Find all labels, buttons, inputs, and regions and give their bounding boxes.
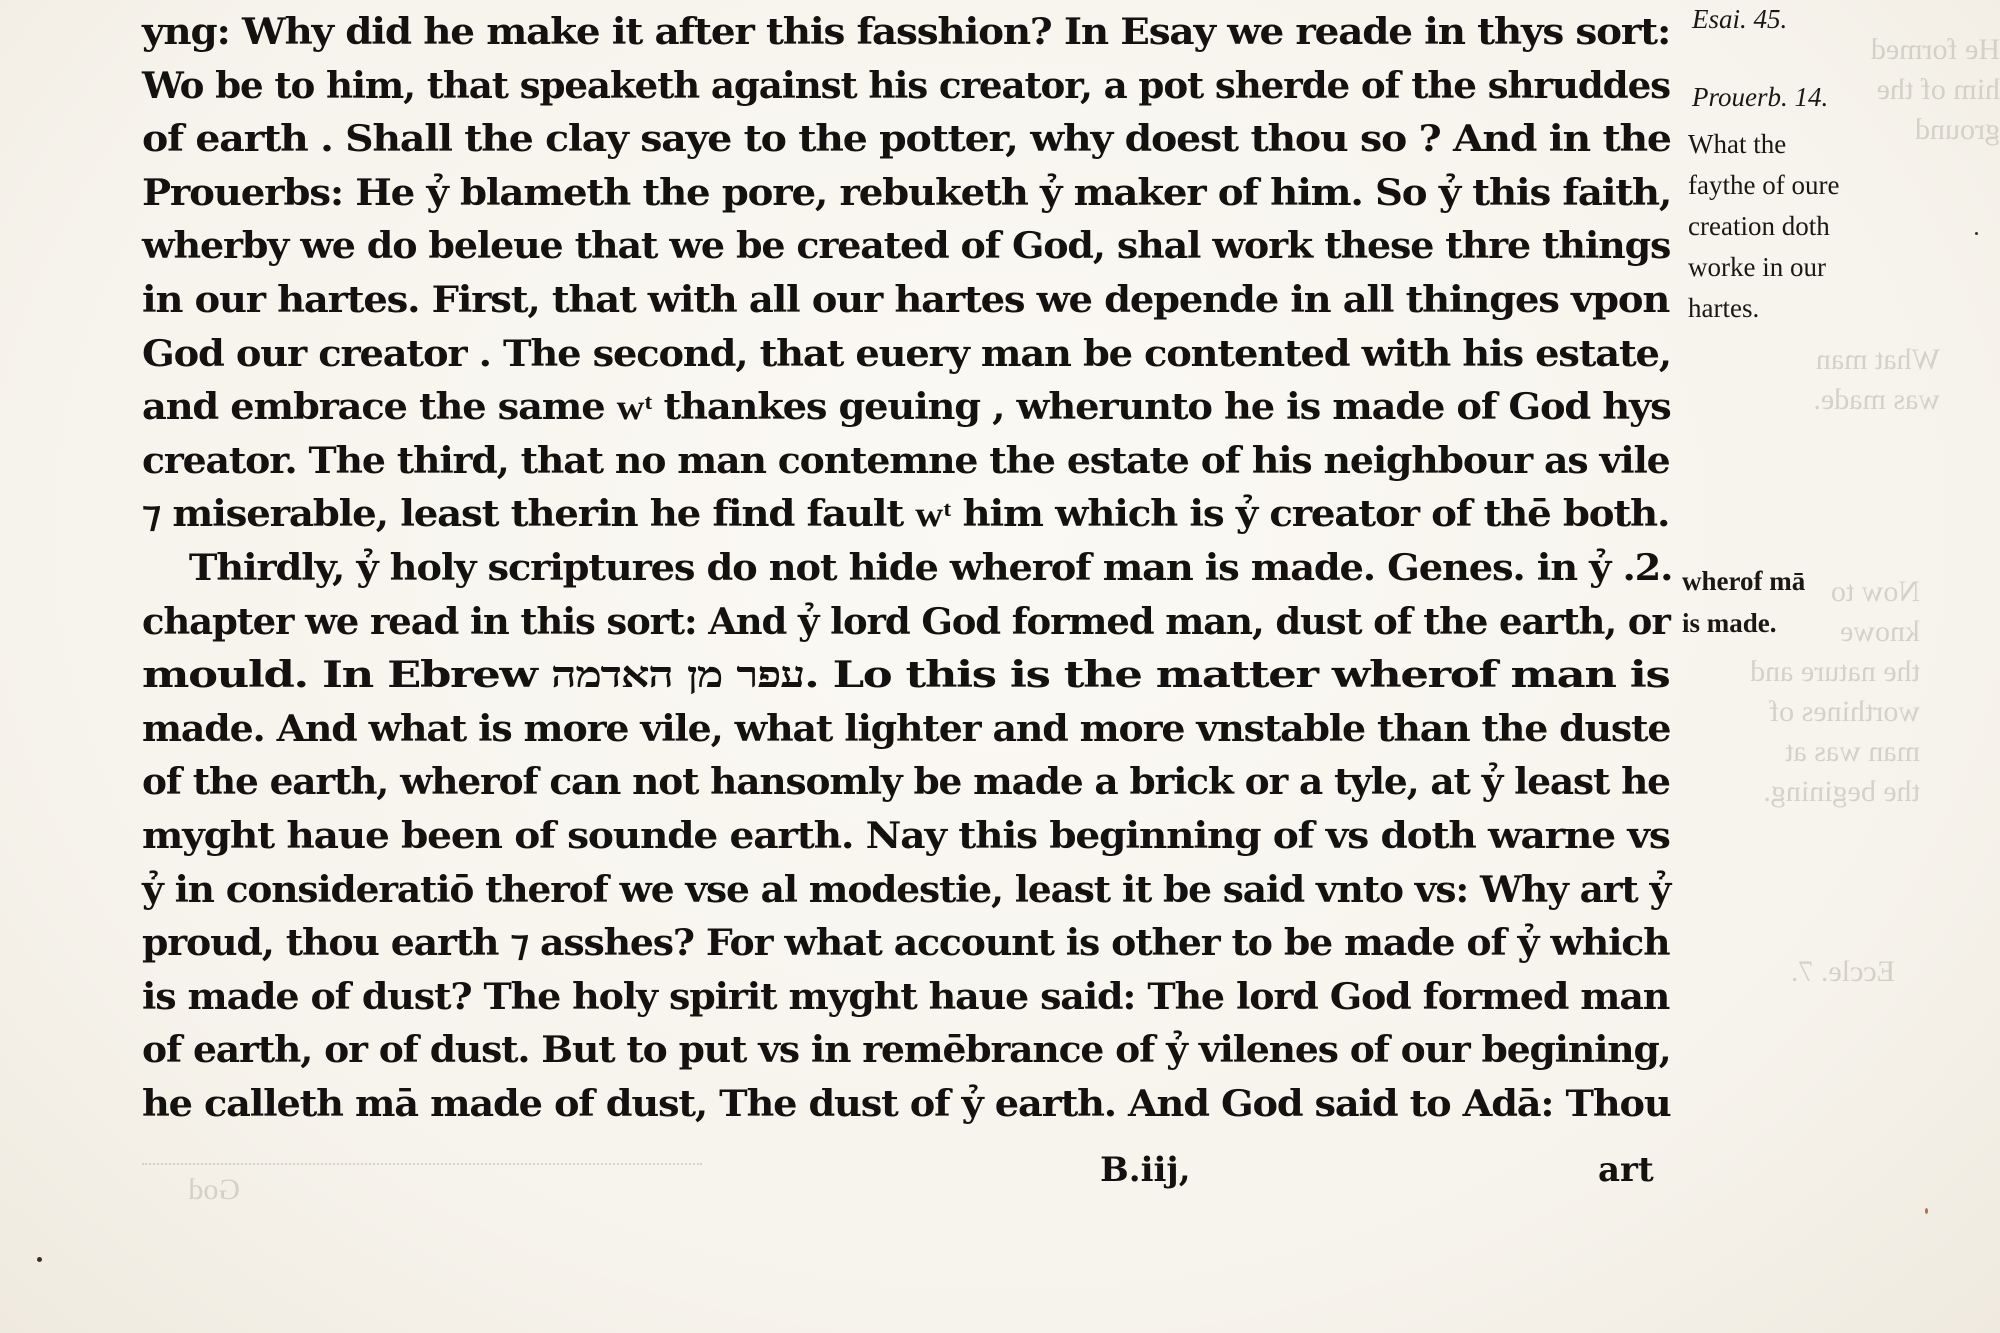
show-through-line: He formed: [1860, 30, 2000, 70]
text-line: is made of dust? The holy spirit myght h…: [142, 971, 1670, 1025]
text-line: ⁊ miserable, least therin he find fault …: [142, 488, 1670, 542]
text-line: Prouerbs: He ỷ blameth the pore, rebuket…: [142, 167, 1671, 221]
catchword: art: [1598, 1150, 1654, 1190]
paper-speck: [37, 1257, 42, 1262]
margin-note-line: hartes.: [1688, 288, 1839, 329]
text-line: of the earth, wherof can not hansomly be…: [142, 756, 1670, 810]
text-line: mould. In Ebrew עפר מן האדמה. Lo this is…: [142, 649, 1670, 703]
show-through-line: the begining.: [1680, 772, 1920, 812]
text-line: creator. The third, that no man contemne…: [142, 435, 1670, 489]
margin-note-line: is made.: [1682, 602, 1805, 644]
show-through-line: ground: [1860, 110, 2000, 150]
paper-speck: [1975, 232, 1978, 235]
margin-note-proverb: Prouerb. 14.: [1692, 80, 1828, 114]
show-through-line: What man: [1740, 340, 1940, 380]
show-through-line: him of the: [1860, 70, 2000, 110]
margin-note-wherof-man-is-made: wherof mā is made.: [1682, 560, 1805, 644]
text-line: of earth, or of dust. But to put vs in r…: [142, 1024, 1670, 1078]
show-through-line: was made.: [1740, 380, 1940, 420]
main-text-block: yng: Why did he make it after this fassh…: [142, 6, 1670, 1131]
paper-speck: [1925, 1208, 1928, 1214]
margin-note-esai: Esai. 45.: [1692, 2, 1787, 36]
show-through-line: Eccle. 7.: [1755, 952, 1895, 992]
text-line: proud, thou earth ⁊ asshes? For what acc…: [142, 917, 1670, 971]
margin-note-line: What the: [1688, 124, 1839, 165]
paragraph-start-line: Thirdly, ỷ holy scriptures do not hide w…: [142, 542, 1720, 596]
text-line: yng: Why did he make it after this fassh…: [142, 6, 1670, 60]
text-line: of earth . Shall the clay saye to the po…: [142, 113, 1671, 167]
text-line: wherby we do beleue that we be created o…: [142, 220, 1671, 274]
show-through-middle-right: What man was made.: [1740, 340, 1940, 420]
signature-mark: B.iij,: [1100, 1150, 1191, 1190]
text-line: he calleth mā made of dust, The dust of …: [142, 1078, 1671, 1132]
text-line: God our creator . The second, that euery…: [142, 328, 1671, 382]
text-line: ỷ in consideratiō therof we vse al modes…: [142, 864, 1671, 918]
show-through-bottom-left: God: [140, 1170, 240, 1210]
margin-note-line: wherof mā: [1682, 560, 1805, 602]
show-through-line: God: [140, 1170, 240, 1210]
margin-note-line: worke in our: [1688, 247, 1839, 288]
show-through-line: the nature and: [1680, 652, 1920, 692]
show-through-bottom-right: Eccle. 7.: [1755, 952, 1895, 992]
margin-note-faith-of-creation: What the faythe of oure creation doth wo…: [1688, 124, 1839, 329]
text-line: and embrace the same wͭ thankes geuing ,…: [142, 381, 1671, 435]
show-through-line: man was at: [1680, 732, 1920, 772]
text-line: chapter we read in this sort: And ỷ lord…: [142, 596, 1670, 650]
margin-note-line: creation doth: [1688, 206, 1839, 247]
text-line: made. And what is more vile, what lighte…: [142, 703, 1671, 757]
margin-note-line: Prouerb. 14.: [1692, 80, 1828, 114]
book-page: He formed him of the ground What man was…: [0, 0, 2000, 1333]
footer-show-through-rule: [142, 1163, 702, 1167]
text-line: myght haue been of sounde earth. Nay thi…: [142, 810, 1670, 864]
margin-note-line: Esai. 45.: [1692, 2, 1787, 36]
show-through-top-right: He formed him of the ground: [1860, 30, 2000, 150]
show-through-line: worthines of: [1680, 692, 1920, 732]
margin-note-line: faythe of oure: [1688, 165, 1839, 206]
text-line: in our hartes. First, that with all our …: [142, 274, 1670, 328]
text-line: Wo be to him, that speaketh against his …: [142, 60, 1670, 114]
